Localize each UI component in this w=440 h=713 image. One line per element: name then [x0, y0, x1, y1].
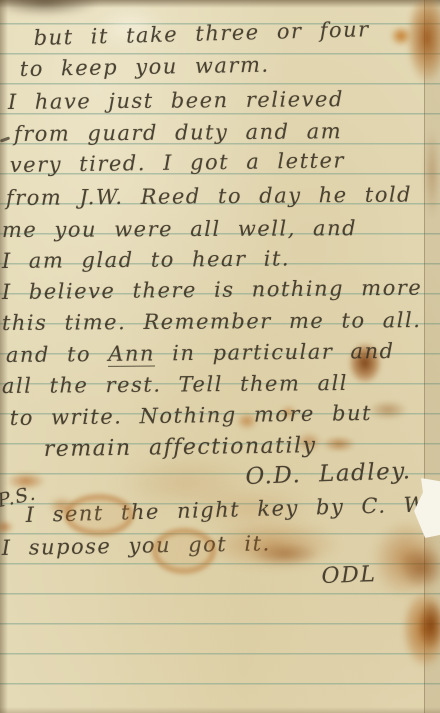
paper-bottom-edge — [0, 707, 440, 713]
rust-stain — [322, 436, 356, 452]
body-line: very tired. I got a letter — [10, 148, 345, 177]
rust-stain — [368, 400, 408, 420]
rust-stain — [390, 26, 412, 46]
large-rust-stain — [400, 545, 440, 590]
body-line: I have just been relieved — [8, 87, 344, 114]
line-text: in particular and — [155, 339, 395, 366]
body-line: I am glad to hear it. — [2, 246, 290, 273]
body-line: all the rest. Tell them all — [2, 371, 348, 398]
closing-line: remain affectionatily — [44, 433, 317, 462]
body-line: to write. Nothing more but — [10, 401, 372, 430]
initials: ODL — [321, 562, 377, 589]
body-line: me you were all well, and — [2, 216, 357, 242]
body-line: from guard duty and am — [14, 119, 342, 146]
large-rust-stain — [250, 542, 320, 566]
body-line: to keep you warm. — [20, 53, 270, 81]
ring-stain — [64, 494, 134, 536]
underlined-name: Ann — [108, 341, 155, 366]
body-line: from J.W. Reed to day he told — [6, 182, 412, 210]
bottom-right-rust-stain — [418, 600, 440, 650]
rust-stain — [424, 128, 440, 218]
line-text: and to — [6, 342, 109, 367]
body-line: I believe there is nothing more — [2, 276, 423, 304]
body-line-with-underline: and to Ann in particular and — [6, 339, 395, 367]
letter-page: but it take three or four to keep you wa… — [0, 0, 440, 713]
body-line: this time. Remember me to all. — [2, 308, 422, 335]
paper-corner-shadow — [0, 0, 100, 16]
